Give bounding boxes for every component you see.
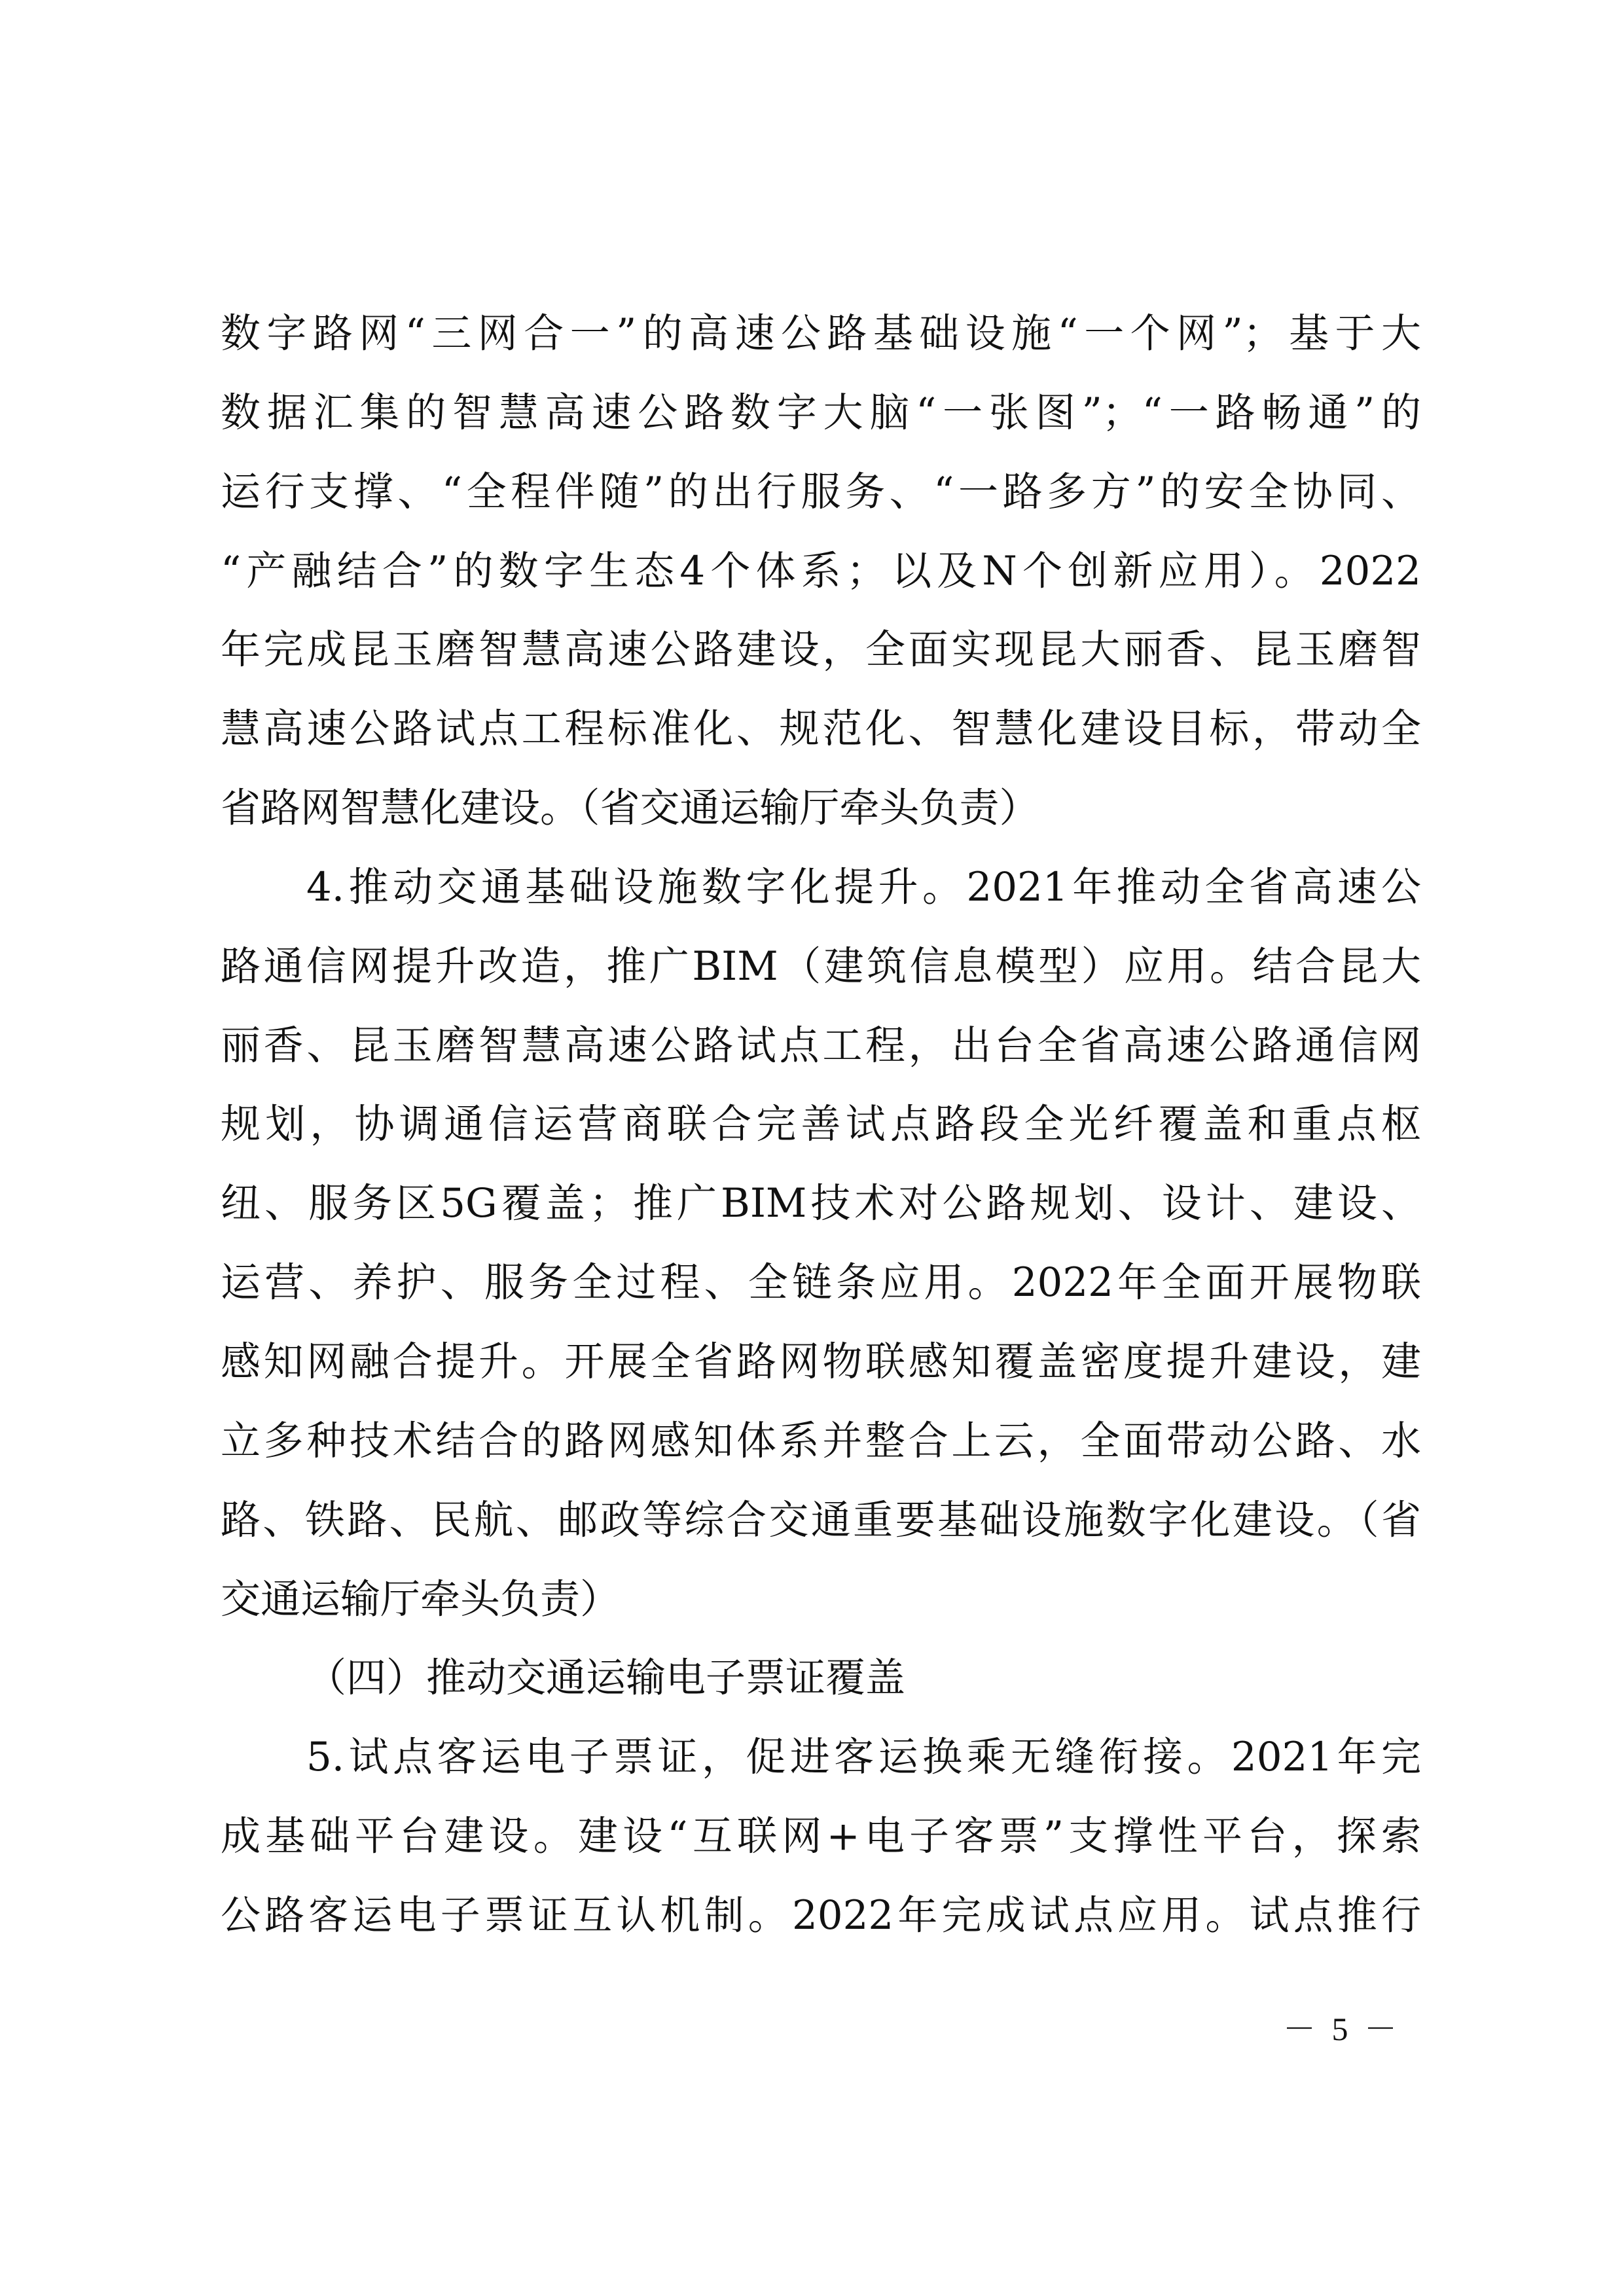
text-line: 立多种技术结合的路网感知体系并整合上云，全面带动公路、水 xyxy=(221,1402,1421,1481)
text-line: 慧高速公路试点工程标准化、规范化、智慧化建设目标，带动全 xyxy=(221,690,1421,769)
paragraph-item-3-continued: 数字路网“三网合一”的高速公路基础设施“一个网”；基于大 数据汇集的智慧高速公路… xyxy=(221,295,1421,848)
paragraph-item-5: 5.试点客运电子票证，促进客运换乘无缝衔接。2021年完 成基础平台建设。建设“… xyxy=(221,1718,1421,1956)
text-line-first: 4.推动交通基础设施数字化提升。2021年推动全省高速公 xyxy=(221,848,1421,927)
text-line: 规划，协调通信运营商联合完善试点路段全光纤覆盖和重点枢 xyxy=(221,1085,1421,1164)
text-line: 路通信网提升改造，推广BIM（建筑信息模型）应用。结合昆大 xyxy=(221,927,1421,1007)
text-line: 年完成昆玉磨智慧高速公路建设，全面实现昆大丽香、昆玉磨智 xyxy=(221,611,1421,690)
text-line: 运行支撑、“全程伴随”的出行服务、“一路多方”的安全协同、 xyxy=(221,453,1421,532)
page-number: － 5 － xyxy=(1283,2009,1388,2049)
text-line: 运营、养护、服务全过程、全链条应用。2022年全面开展物联 xyxy=(221,1244,1421,1323)
text-line: 成基础平台建设。建设“互联网+电子客票”支撑性平台，探索 xyxy=(221,1797,1421,1876)
text-line: 感知网融合提升。开展全省路网物联感知覆盖密度提升建设，建 xyxy=(221,1323,1421,1402)
text-line: 丽香、昆玉磨智慧高速公路试点工程，出台全省高速公路通信网 xyxy=(221,1007,1421,1086)
text-line: 公路客运电子票证互认机制。2022年完成试点应用。试点推行 xyxy=(221,1876,1421,1956)
text-line: 路、铁路、民航、邮政等综合交通重要基础设施数字化建设。（省 xyxy=(221,1481,1421,1560)
text-line: 数据汇集的智慧高速公路数字大脑“一张图”；“一路畅通”的 xyxy=(221,374,1421,453)
section-heading: （四）推动交通运输电子票证覆盖 xyxy=(221,1639,1421,1718)
paragraph-item-4: 4.推动交通基础设施数字化提升。2021年推动全省高速公 路通信网提升改造，推广… xyxy=(221,848,1421,1639)
text-line-last: 省路网智慧化建设。（省交通运输厅牵头负责） xyxy=(221,769,1421,848)
text-line: “产融结合”的数字生态4个体系；以及N个创新应用）。2022 xyxy=(221,532,1421,611)
document-body: 数字路网“三网合一”的高速公路基础设施“一个网”；基于大 数据汇集的智慧高速公路… xyxy=(221,295,1421,1956)
section-heading-text: （四）推动交通运输电子票证覆盖 xyxy=(221,1639,1421,1718)
text-line: 数字路网“三网合一”的高速公路基础设施“一个网”；基于大 xyxy=(221,295,1421,374)
text-line: 纽、服务区5G覆盖；推广BIM技术对公路规划、设计、建设、 xyxy=(221,1164,1421,1244)
text-line-first: 5.试点客运电子票证，促进客运换乘无缝衔接。2021年完 xyxy=(221,1718,1421,1797)
text-line-last: 交通运输厅牵头负责） xyxy=(221,1560,1421,1640)
